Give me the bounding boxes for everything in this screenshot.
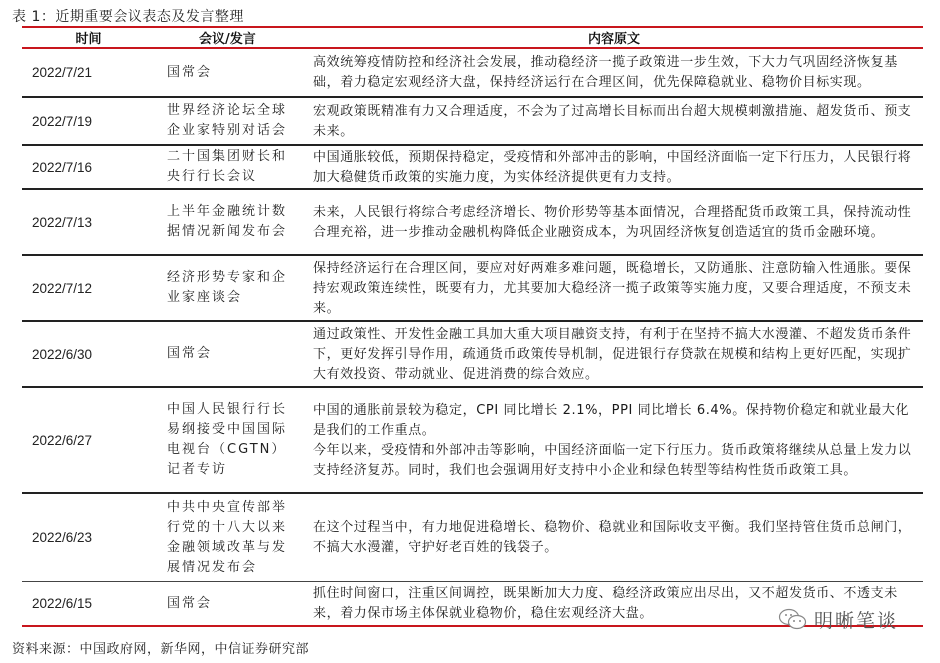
meeting-label: 世界经济论坛全球企业家特别对话会	[155, 101, 293, 141]
row-date: 2022/7/13	[22, 190, 155, 254]
meeting-label: 国常会	[155, 63, 293, 83]
row-date: 2022/6/30	[22, 322, 155, 386]
wechat-icon	[778, 607, 808, 633]
row-date: 2022/7/16	[22, 146, 155, 188]
row-content: 保持经济运行在合理区间，要应对好两难多难问题，既稳增长，又防通胀、注意防输入性通…	[305, 256, 923, 320]
row-meeting: 中国人民银行行长易纲接受中国国际电视台（CGTN）记者专访	[155, 388, 305, 492]
table-row: 2022/6/30 国常会 通过政策性、开发性金融工具加大重大项目融资支持，有利…	[22, 322, 923, 388]
row-meeting: 国常会	[155, 322, 305, 386]
table-header: 时间 会议/发言 内容原文	[22, 28, 923, 47]
row-date: 2022/7/21	[22, 49, 155, 96]
meeting-label: 中国人民银行行长易纲接受中国国际电视台（CGTN）记者专访	[155, 400, 293, 480]
source-note: 资料来源：中国政府网，新华网，中信证券研究部	[12, 638, 309, 657]
row-date: 2022/7/12	[22, 256, 155, 320]
row-date: 2022/6/27	[22, 388, 155, 492]
content-paragraph: 通过政策性、开发性金融工具加大重大项目融资支持，有利于在坚持不搞大水漫灌、不超发…	[313, 325, 915, 385]
content-paragraph: 今年以来，受疫情和外部冲击等影响，中国经济面临一定下行压力。货币政策将继续从总量…	[313, 441, 915, 481]
row-content: 中国通胀较低，预期保持稳定，受疫情和外部冲击的影响，中国经济面临一定下行压力，人…	[305, 146, 923, 188]
watermark: 明晰笔谈	[778, 606, 898, 633]
row-meeting: 上半年金融统计数据情况新闻发布会	[155, 190, 305, 254]
content-paragraph: 高效统筹疫情防控和经济社会发展，推动稳经济一揽子政策进一步生效，下大力气巩固经济…	[313, 53, 915, 93]
header-date: 时间	[22, 28, 155, 47]
row-meeting: 世界经济论坛全球企业家特别对话会	[155, 98, 305, 144]
row-date: 2022/6/15	[22, 582, 155, 625]
row-content: 通过政策性、开发性金融工具加大重大项目融资支持，有利于在坚持不搞大水漫灌、不超发…	[305, 322, 923, 386]
row-meeting: 国常会	[155, 49, 305, 96]
content-paragraph: 中国的通胀前景较为稳定，CPI 同比增长 2.1%，PPI 同比增长 6.4%。…	[313, 401, 915, 441]
header-content: 内容原文	[305, 28, 923, 47]
content-paragraph: 中国通胀较低，预期保持稳定，受疫情和外部冲击的影响，中国经济面临一定下行压力，人…	[313, 148, 915, 188]
table-row: 2022/6/23 中共中央宣传部举行党的十八大以来金融领域改革与发展情况发布会…	[22, 494, 923, 582]
content-paragraph: 在这个过程当中，有力地促进稳增长、稳物价、稳就业和国际收支平衡。我们坚持管住货币…	[313, 518, 915, 558]
meeting-label: 经济形势专家和企业家座谈会	[155, 268, 293, 308]
meeting-label: 国常会	[155, 344, 293, 364]
meetings-table: 时间 会议/发言 内容原文 2022/7/21 国常会 高效统筹疫情防控和经济社…	[22, 26, 923, 627]
row-content: 宏观政策既精准有力又合理适度，不会为了过高增长目标而出台超大规模刺激措施、超发货…	[305, 98, 923, 144]
meeting-label: 二十国集团财长和央行行长会议	[155, 147, 293, 187]
row-content: 在这个过程当中，有力地促进稳增长、稳物价、稳就业和国际收支平衡。我们坚持管住货币…	[305, 494, 923, 581]
content-paragraph: 未来，人民银行将综合考虑经济增长、物价形势等基本面情况，合理搭配货币政策工具，保…	[313, 203, 915, 243]
watermark-text: 明晰笔谈	[814, 606, 898, 633]
table-row: 2022/6/27 中国人民银行行长易纲接受中国国际电视台（CGTN）记者专访 …	[22, 388, 923, 494]
row-date: 2022/6/23	[22, 494, 155, 581]
row-meeting: 国常会	[155, 582, 305, 625]
meeting-label: 国常会	[155, 594, 293, 614]
content-paragraph: 宏观政策既精准有力又合理适度，不会为了过高增长目标而出台超大规模刺激措施、超发货…	[313, 102, 915, 142]
table-row: 2022/7/21 国常会 高效统筹疫情防控和经济社会发展，推动稳经济一揽子政策…	[22, 49, 923, 98]
table-row: 2022/7/16 二十国集团财长和央行行长会议 中国通胀较低，预期保持稳定，受…	[22, 146, 923, 190]
header-meeting: 会议/发言	[155, 28, 305, 47]
row-meeting: 中共中央宣传部举行党的十八大以来金融领域改革与发展情况发布会	[155, 494, 305, 581]
row-content: 高效统筹疫情防控和经济社会发展，推动稳经济一揽子政策进一步生效，下大力气巩固经济…	[305, 49, 923, 96]
meeting-label: 中共中央宣传部举行党的十八大以来金融领域改革与发展情况发布会	[155, 498, 293, 578]
row-content: 未来，人民银行将综合考虑经济增长、物价形势等基本面情况，合理搭配货币政策工具，保…	[305, 190, 923, 254]
table-row: 2022/7/13 上半年金融统计数据情况新闻发布会 未来，人民银行将综合考虑经…	[22, 190, 923, 256]
row-date: 2022/7/19	[22, 98, 155, 144]
meeting-label: 上半年金融统计数据情况新闻发布会	[155, 202, 293, 242]
row-meeting: 经济形势专家和企业家座谈会	[155, 256, 305, 320]
table-row: 2022/7/12 经济形势专家和企业家座谈会 保持经济运行在合理区间，要应对好…	[22, 256, 923, 322]
content-paragraph: 保持经济运行在合理区间，要应对好两难多难问题，既稳增长，又防通胀、注意防输入性通…	[313, 259, 915, 319]
row-content: 中国的通胀前景较为稳定，CPI 同比增长 2.1%，PPI 同比增长 6.4%。…	[305, 388, 923, 492]
table-row: 2022/7/19 世界经济论坛全球企业家特别对话会 宏观政策既精准有力又合理适…	[22, 98, 923, 146]
table-title: 表 1：近期重要会议表态及发言整理	[12, 6, 244, 26]
row-meeting: 二十国集团财长和央行行长会议	[155, 146, 305, 188]
